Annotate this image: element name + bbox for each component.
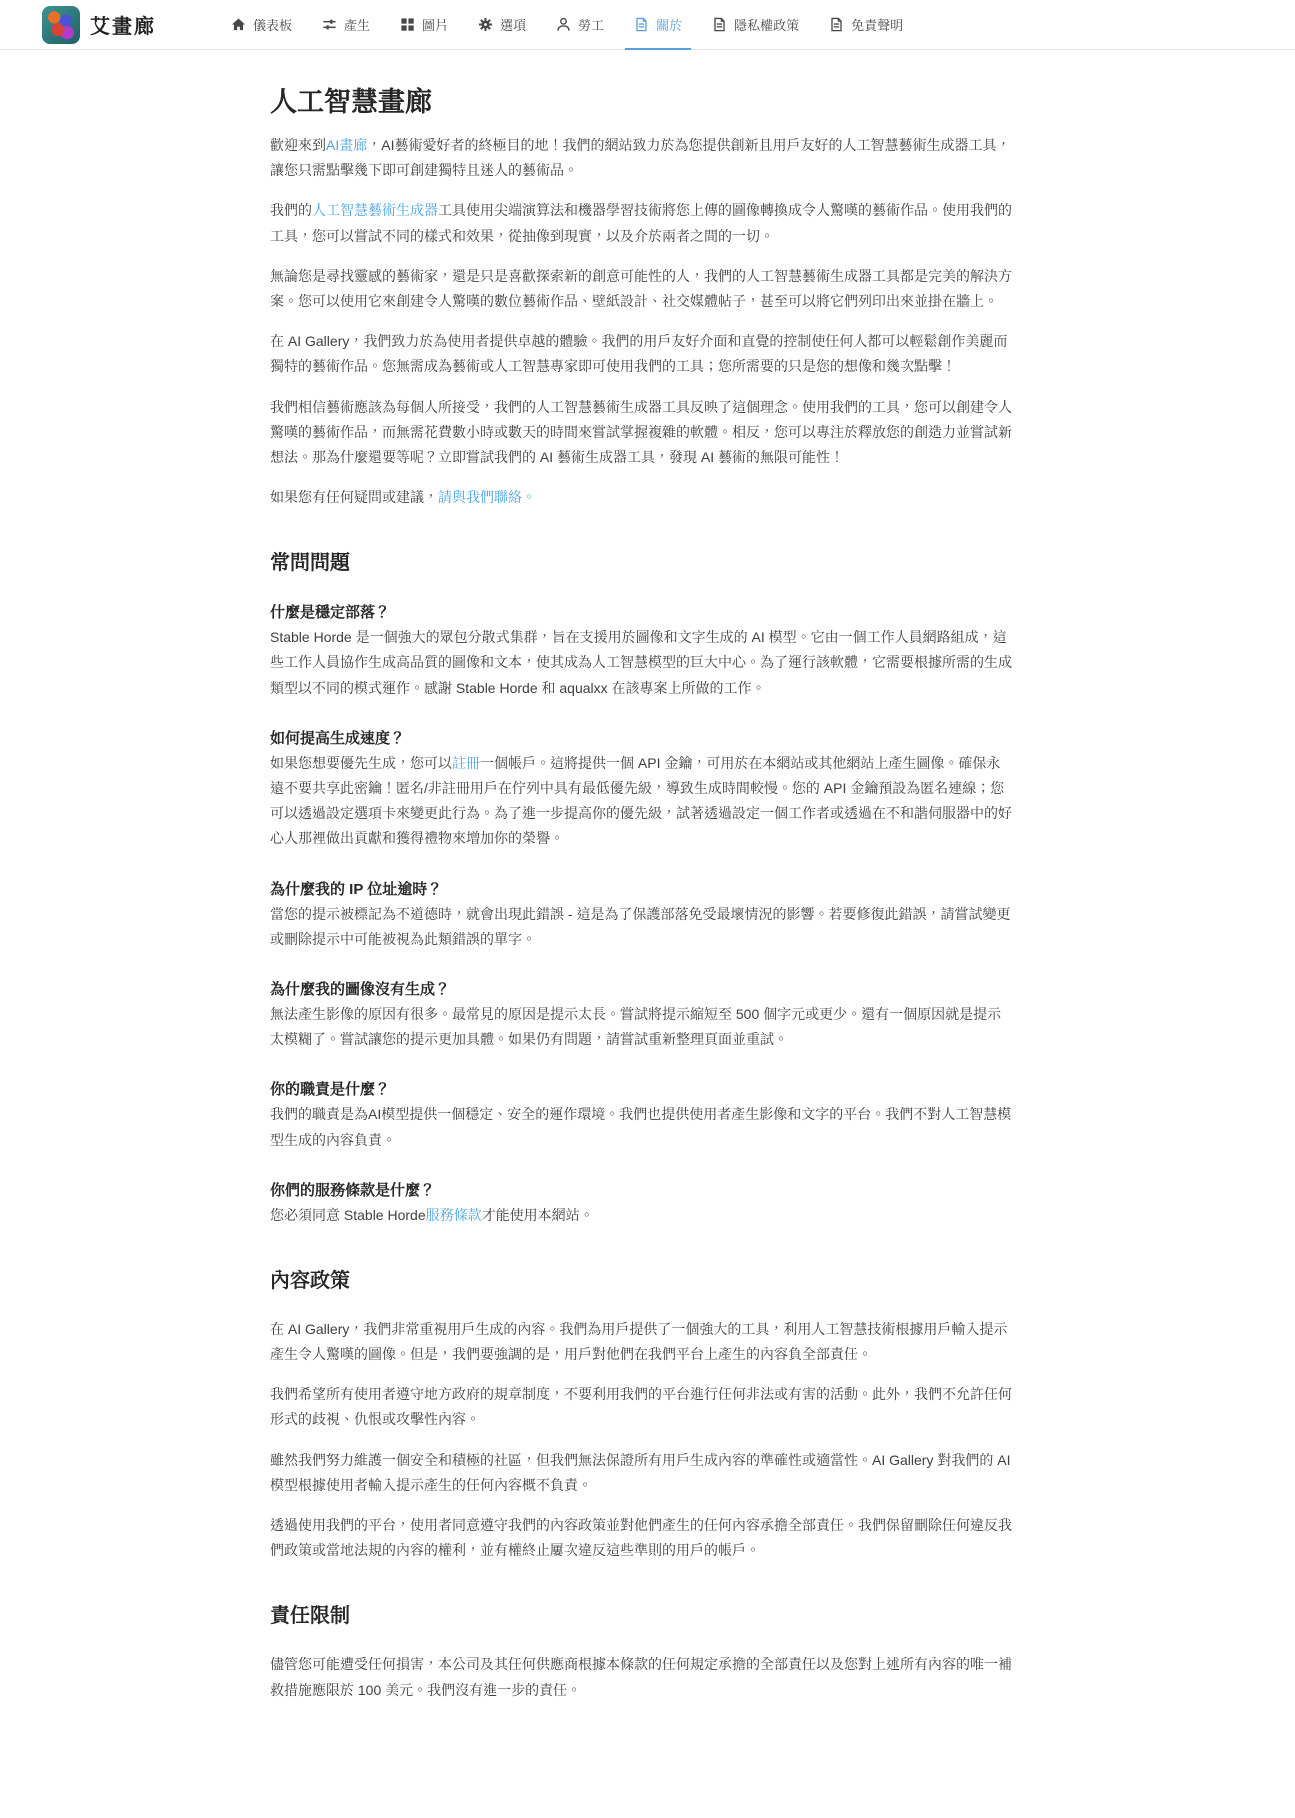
nav-item-privacy-policy[interactable]: 隱私權政策 [697, 0, 814, 50]
text-run: 常問問題 [270, 552, 350, 574]
text-run: 責任限制 [270, 1605, 350, 1627]
main-nav: 儀表板 產生 圖片 [216, 0, 918, 50]
contact-link[interactable]: 請與我們聯絡。 [438, 489, 536, 505]
text-run: 透過使用我們的平台，使用者同意遵守我們的內容政策並對他們產生的任何內容承擔全部責… [270, 1517, 1012, 1558]
text-run: 歡迎來到 [270, 137, 326, 153]
document-icon [829, 17, 844, 32]
contact-paragraph: 如果您有任何疑問或建議，請與我們聯絡。 [270, 485, 1012, 510]
document-icon [634, 17, 649, 32]
content-policy-heading: 內容政策 [270, 1264, 1012, 1293]
gear-icon [478, 17, 493, 32]
nav-item-label: 免責聲明 [851, 15, 903, 34]
faq-answer-5: 我們的職責是為AI模型提供一個穩定、安全的運作環境。我們也提供使用者產生影像和文… [270, 1102, 1012, 1152]
nav-item-label: 產生 [344, 15, 370, 34]
intro-paragraph-4: 在 AI Gallery，我們致力於為使用者提供卓越的體驗。我們的用戶友好介面和… [270, 329, 1012, 379]
text-run: 人工智慧畫廊 [270, 87, 432, 117]
text-run: 雖然我們努力維護一個安全和積極的社區，但我們無法保證所有用戶生成內容的準確性或適… [270, 1452, 1010, 1493]
faq-question-4: 為什麼我的圖像沒有生成？ [270, 978, 1012, 999]
nav-item-about[interactable]: 關於 [619, 0, 697, 50]
art-generator-link[interactable]: 人工智慧藝術生成器 [312, 202, 438, 218]
nav-item-label: 關於 [656, 15, 682, 34]
text-run: 無法產生影像的原因有很多。最常見的原因是提示太長。嘗試將提示縮短至 500 個字… [270, 1006, 1001, 1047]
policy-paragraph-2: 我們希望所有使用者遵守地方政府的規章制度，不要利用我們的平台進行任何非法或有害的… [270, 1382, 1012, 1432]
article: 人工智慧畫廊歡迎來到AI畫廊，AI藝術愛好者的終極目的地！我們的網站致力於為您提… [270, 50, 1012, 1818]
nav-item-disclaimer[interactable]: 免責聲明 [814, 0, 918, 50]
home-icon [231, 17, 246, 32]
faq-question-3: 為什麼我的 IP 位址逾時？ [270, 878, 1012, 899]
text-run: 為什麼我的圖像沒有生成？ [270, 981, 450, 998]
ai-gallery-link[interactable]: AI畫廊 [326, 137, 367, 153]
page-title: 人工智慧畫廊 [270, 80, 1012, 119]
text-run: 我們相信藝術應該為每個人所接受，我們的人工智慧藝術生成器工具反映了這個理念。使用… [270, 399, 1012, 465]
text-run: 在 AI Gallery，我們致力於為使用者提供卓越的體驗。我們的用戶友好介面和… [270, 333, 1007, 374]
nav-item-label: 勞工 [578, 15, 604, 34]
nav-item-label: 儀表板 [253, 15, 292, 34]
liability-heading: 責任限制 [270, 1599, 1012, 1628]
app-title: 艾畫廊 [90, 10, 156, 39]
text-run: 為什麼我的 IP 位址逾時？ [270, 881, 442, 898]
nav-item-label: 圖片 [422, 15, 448, 34]
register-link[interactable]: 註冊 [452, 755, 480, 771]
text-run: 無論您是尋找靈感的藝術家，還是只是喜歡探索新的創意可能性的人，我們的人工智慧藝術… [270, 268, 1012, 309]
text-run: ，AI藝術愛好者的終極目的地！我們的網站致力於為您提供創新且用戶友好的人工智慧藝… [270, 137, 1010, 178]
nav-item-label: 隱私權政策 [734, 15, 799, 34]
text-run: 當您的提示被標記為不道德時，就會出現此錯誤 - 這是為了保護部落免受最壞情況的影… [270, 906, 1010, 947]
sliders-icon [322, 17, 337, 32]
text-run: 如果您想要優先生成，您可以 [270, 755, 452, 771]
text-run: 我們希望所有使用者遵守地方政府的規章制度，不要利用我們的平台進行任何非法或有害的… [270, 1386, 1012, 1427]
text-run: Stable Horde 是一個強大的眾包分散式集群，旨在支援用於圖像和文字生成… [270, 629, 1012, 695]
nav-item-workers[interactable]: 勞工 [541, 0, 619, 50]
app-logo-parrot-icon [42, 6, 80, 44]
faq-answer-2: 如果您想要優先生成，您可以註冊一個帳戶。這將提供一個 API 金鑰，可用於在本網… [270, 751, 1012, 852]
intro-paragraph-1: 歡迎來到AI畫廊，AI藝術愛好者的終極目的地！我們的網站致力於為您提供創新且用戶… [270, 133, 1012, 183]
faq-answer-4: 無法產生影像的原因有很多。最常見的原因是提示太長。嘗試將提示縮短至 500 個字… [270, 1002, 1012, 1052]
faq-section-heading: 常問問題 [270, 546, 1012, 575]
nav-item-generate[interactable]: 產生 [307, 0, 385, 50]
faq-answer-1: Stable Horde 是一個強大的眾包分散式集群，旨在支援用於圖像和文字生成… [270, 625, 1012, 701]
brand[interactable]: 艾畫廊 [42, 6, 156, 44]
nav-item-images[interactable]: 圖片 [385, 0, 463, 50]
text-run: 儘管您可能遭受任何損害，本公司及其任何供應商根據本條款的任何規定承擔的全部責任以… [270, 1656, 1012, 1697]
nav-item-dashboard[interactable]: 儀表板 [216, 0, 307, 50]
nav-item-label: 選項 [500, 15, 526, 34]
terms-link[interactable]: 服務條款 [426, 1207, 482, 1223]
text-run: 我們的職責是為AI模型提供一個穩定、安全的運作環境。我們也提供使用者產生影像和文… [270, 1106, 1011, 1147]
liability-paragraph: 儘管您可能遭受任何損害，本公司及其任何供應商根據本條款的任何規定承擔的全部責任以… [270, 1652, 1012, 1702]
nav-item-options[interactable]: 選項 [463, 0, 541, 50]
text-run: 在 AI Gallery，我們非常重視用戶生成的內容。我們為用戶提供了一個強大的… [270, 1321, 1007, 1362]
text-run: 您必須同意 Stable Horde [270, 1207, 426, 1223]
text-run: 你的職責是什麼？ [270, 1081, 390, 1098]
faq-question-1: 什麼是穩定部落？ [270, 601, 1012, 622]
text-run: 你們的服務條款是什麼？ [270, 1182, 435, 1199]
text-run: 如果您有任何疑問或建議， [270, 489, 438, 505]
text-run: 才能使用本網站。 [482, 1207, 594, 1223]
top-nav: 艾畫廊 儀表板 產生 [0, 0, 1295, 50]
policy-paragraph-1: 在 AI Gallery，我們非常重視用戶生成的內容。我們為用戶提供了一個強大的… [270, 1317, 1012, 1367]
text-run: 內容政策 [270, 1270, 350, 1292]
text-run: 什麼是穩定部落？ [270, 604, 390, 621]
user-icon [556, 17, 571, 32]
faq-question-5: 你的職責是什麼？ [270, 1078, 1012, 1099]
text-run: 我們的 [270, 202, 312, 218]
faq-answer-6: 您必須同意 Stable Horde服務條款才能使用本網站。 [270, 1203, 1012, 1228]
policy-paragraph-4: 透過使用我們的平台，使用者同意遵守我們的內容政策並對他們產生的任何內容承擔全部責… [270, 1513, 1012, 1563]
text-run: 如何提高生成速度？ [270, 730, 405, 747]
intro-paragraph-3: 無論您是尋找靈感的藝術家，還是只是喜歡探索新的創意可能性的人，我們的人工智慧藝術… [270, 264, 1012, 314]
intro-paragraph-5: 我們相信藝術應該為每個人所接受，我們的人工智慧藝術生成器工具反映了這個理念。使用… [270, 395, 1012, 471]
document-icon [712, 17, 727, 32]
policy-paragraph-3: 雖然我們努力維護一個安全和積極的社區，但我們無法保證所有用戶生成內容的準確性或適… [270, 1448, 1012, 1498]
faq-question-6: 你們的服務條款是什麼？ [270, 1179, 1012, 1200]
faq-question-2: 如何提高生成速度？ [270, 727, 1012, 748]
intro-paragraph-2: 我們的人工智慧藝術生成器工具使用尖端演算法和機器學習技術將您上傳的圖像轉換成令人… [270, 198, 1012, 248]
grid-icon [400, 17, 415, 32]
faq-answer-3: 當您的提示被標記為不道德時，就會出現此錯誤 - 這是為了保護部落免受最壞情況的影… [270, 902, 1012, 952]
